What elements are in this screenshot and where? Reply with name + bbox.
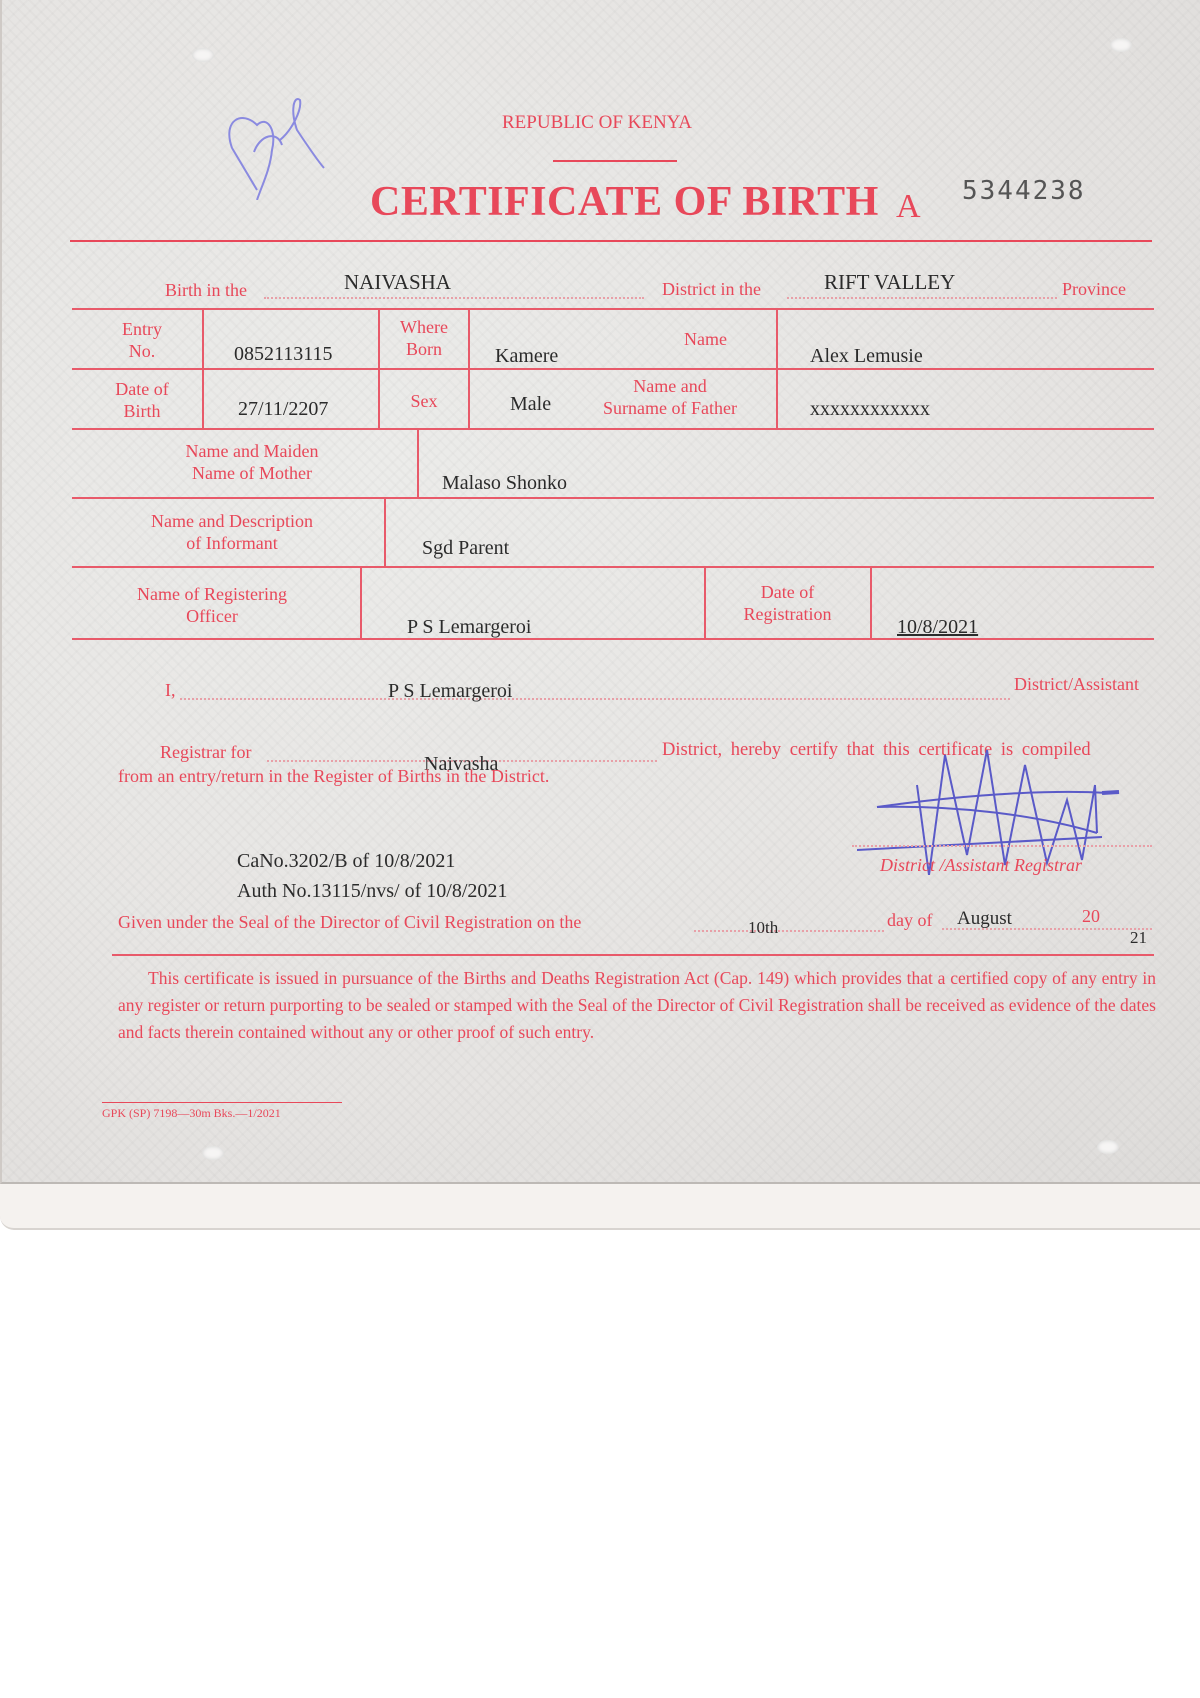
signature-label: District /Assistant Registrar — [880, 855, 1082, 876]
table-rule — [72, 308, 1154, 310]
entry-no-value: 0852113115 — [234, 343, 333, 366]
republic-heading: REPUBLIC OF KENYA — [502, 112, 692, 134]
day-value: 10th — [748, 918, 778, 938]
registrar-dotted-line — [180, 698, 1010, 700]
signature-dotted-line — [852, 845, 1152, 847]
year-suffix: 21 — [1130, 928, 1147, 948]
father-label: Name andSurname of Father — [580, 375, 760, 419]
series-letter: A — [896, 188, 921, 226]
mother-value: Malaso Shonko — [442, 472, 567, 495]
name-label: Name — [684, 328, 727, 350]
where-born-label: WhereBorn — [382, 316, 466, 360]
birth-in-label: Birth in the — [165, 280, 247, 301]
punch-mark — [1110, 38, 1132, 52]
punch-mark — [202, 1146, 224, 1160]
legal-notice: This certificate is issued in pursuance … — [118, 965, 1156, 1046]
given-under-text: Given under the Seal of the Director of … — [118, 912, 581, 933]
day-of-label: day of — [887, 910, 932, 931]
table-col-rule — [704, 566, 706, 638]
table-col-rule — [776, 308, 778, 428]
informant-value: Sgd Parent — [422, 537, 509, 560]
table-col-rule — [468, 308, 470, 428]
sex-label: Sex — [382, 390, 466, 412]
where-born-value: Kamere — [495, 345, 558, 368]
i-label: I, — [165, 680, 176, 701]
table-rule — [72, 638, 1154, 640]
table-col-rule — [360, 566, 362, 638]
legal-notice-text: This certificate is issued in pursuance … — [118, 968, 1156, 1042]
registering-officer-value: P S Lemargeroi — [407, 616, 531, 639]
province-label: Province — [1062, 279, 1126, 300]
table-rule — [72, 566, 1154, 568]
certificate-title: CERTIFICATE OF BIRTH — [370, 178, 879, 226]
table-rule — [72, 368, 1154, 370]
father-value: xxxxxxxxxxxx — [810, 398, 930, 421]
table-col-rule — [378, 308, 380, 428]
district-assistant-label: District/Assistant — [1014, 674, 1139, 695]
certificate-paper: REPUBLIC OF KENYA CERTIFICATE OF BIRTH A… — [0, 0, 1200, 1184]
entry-no-label: EntryNo. — [97, 318, 187, 362]
date-of-registration-value: 10/8/2021 — [897, 616, 978, 639]
province-dotted-line — [787, 297, 1057, 299]
informant-label: Name and Descriptionof Informant — [112, 510, 352, 554]
child-name-value: Alex Lemusie — [810, 345, 923, 368]
table-col-rule — [202, 308, 204, 428]
serial-number: 5344238 — [962, 176, 1086, 206]
sex-value: Male — [510, 393, 551, 416]
table-col-rule — [417, 428, 419, 497]
province-value: RIFT VALLEY — [824, 270, 955, 295]
day-dotted-line — [694, 930, 884, 932]
print-code-rule — [102, 1102, 342, 1103]
registering-officer-label: Name of RegisteringOfficer — [102, 583, 322, 627]
district-value: NAIVASHA — [344, 270, 451, 295]
title-divider — [70, 240, 1152, 242]
footer-rule — [112, 954, 1154, 956]
month-value: August — [957, 908, 1012, 930]
date-of-birth-label: Date ofBirth — [97, 378, 187, 422]
print-code: GPK (SP) 7198—30m Bks.—1/2021 — [102, 1106, 281, 1121]
punch-mark — [192, 48, 214, 62]
district-in-label: District in the — [662, 279, 761, 300]
initials-scribble-icon — [202, 90, 352, 200]
registrar-name-value: P S Lemargeroi — [388, 680, 512, 703]
ca-number: CaNo.3202/B of 10/8/2021 — [237, 850, 455, 873]
auth-number: Auth No.13115/nvs/ of 10/8/2021 — [237, 880, 507, 903]
registrar-for-label: Registrar for — [160, 742, 251, 763]
date-of-registration-label: Date ofRegistration — [720, 581, 855, 625]
from-entry-text: from an entry/return in the Register of … — [118, 766, 549, 787]
table-col-rule — [870, 566, 872, 638]
title-rule — [553, 160, 677, 162]
year-prefix: 20 — [1082, 906, 1100, 927]
punch-mark — [1097, 1140, 1119, 1154]
table-col-rule — [384, 497, 386, 566]
table-rule — [72, 497, 1154, 499]
mother-label: Name and MaidenName of Mother — [152, 440, 352, 484]
district-dotted-line — [264, 297, 644, 299]
date-of-birth-value: 27/11/2207 — [238, 398, 328, 421]
table-rule — [72, 428, 1154, 430]
